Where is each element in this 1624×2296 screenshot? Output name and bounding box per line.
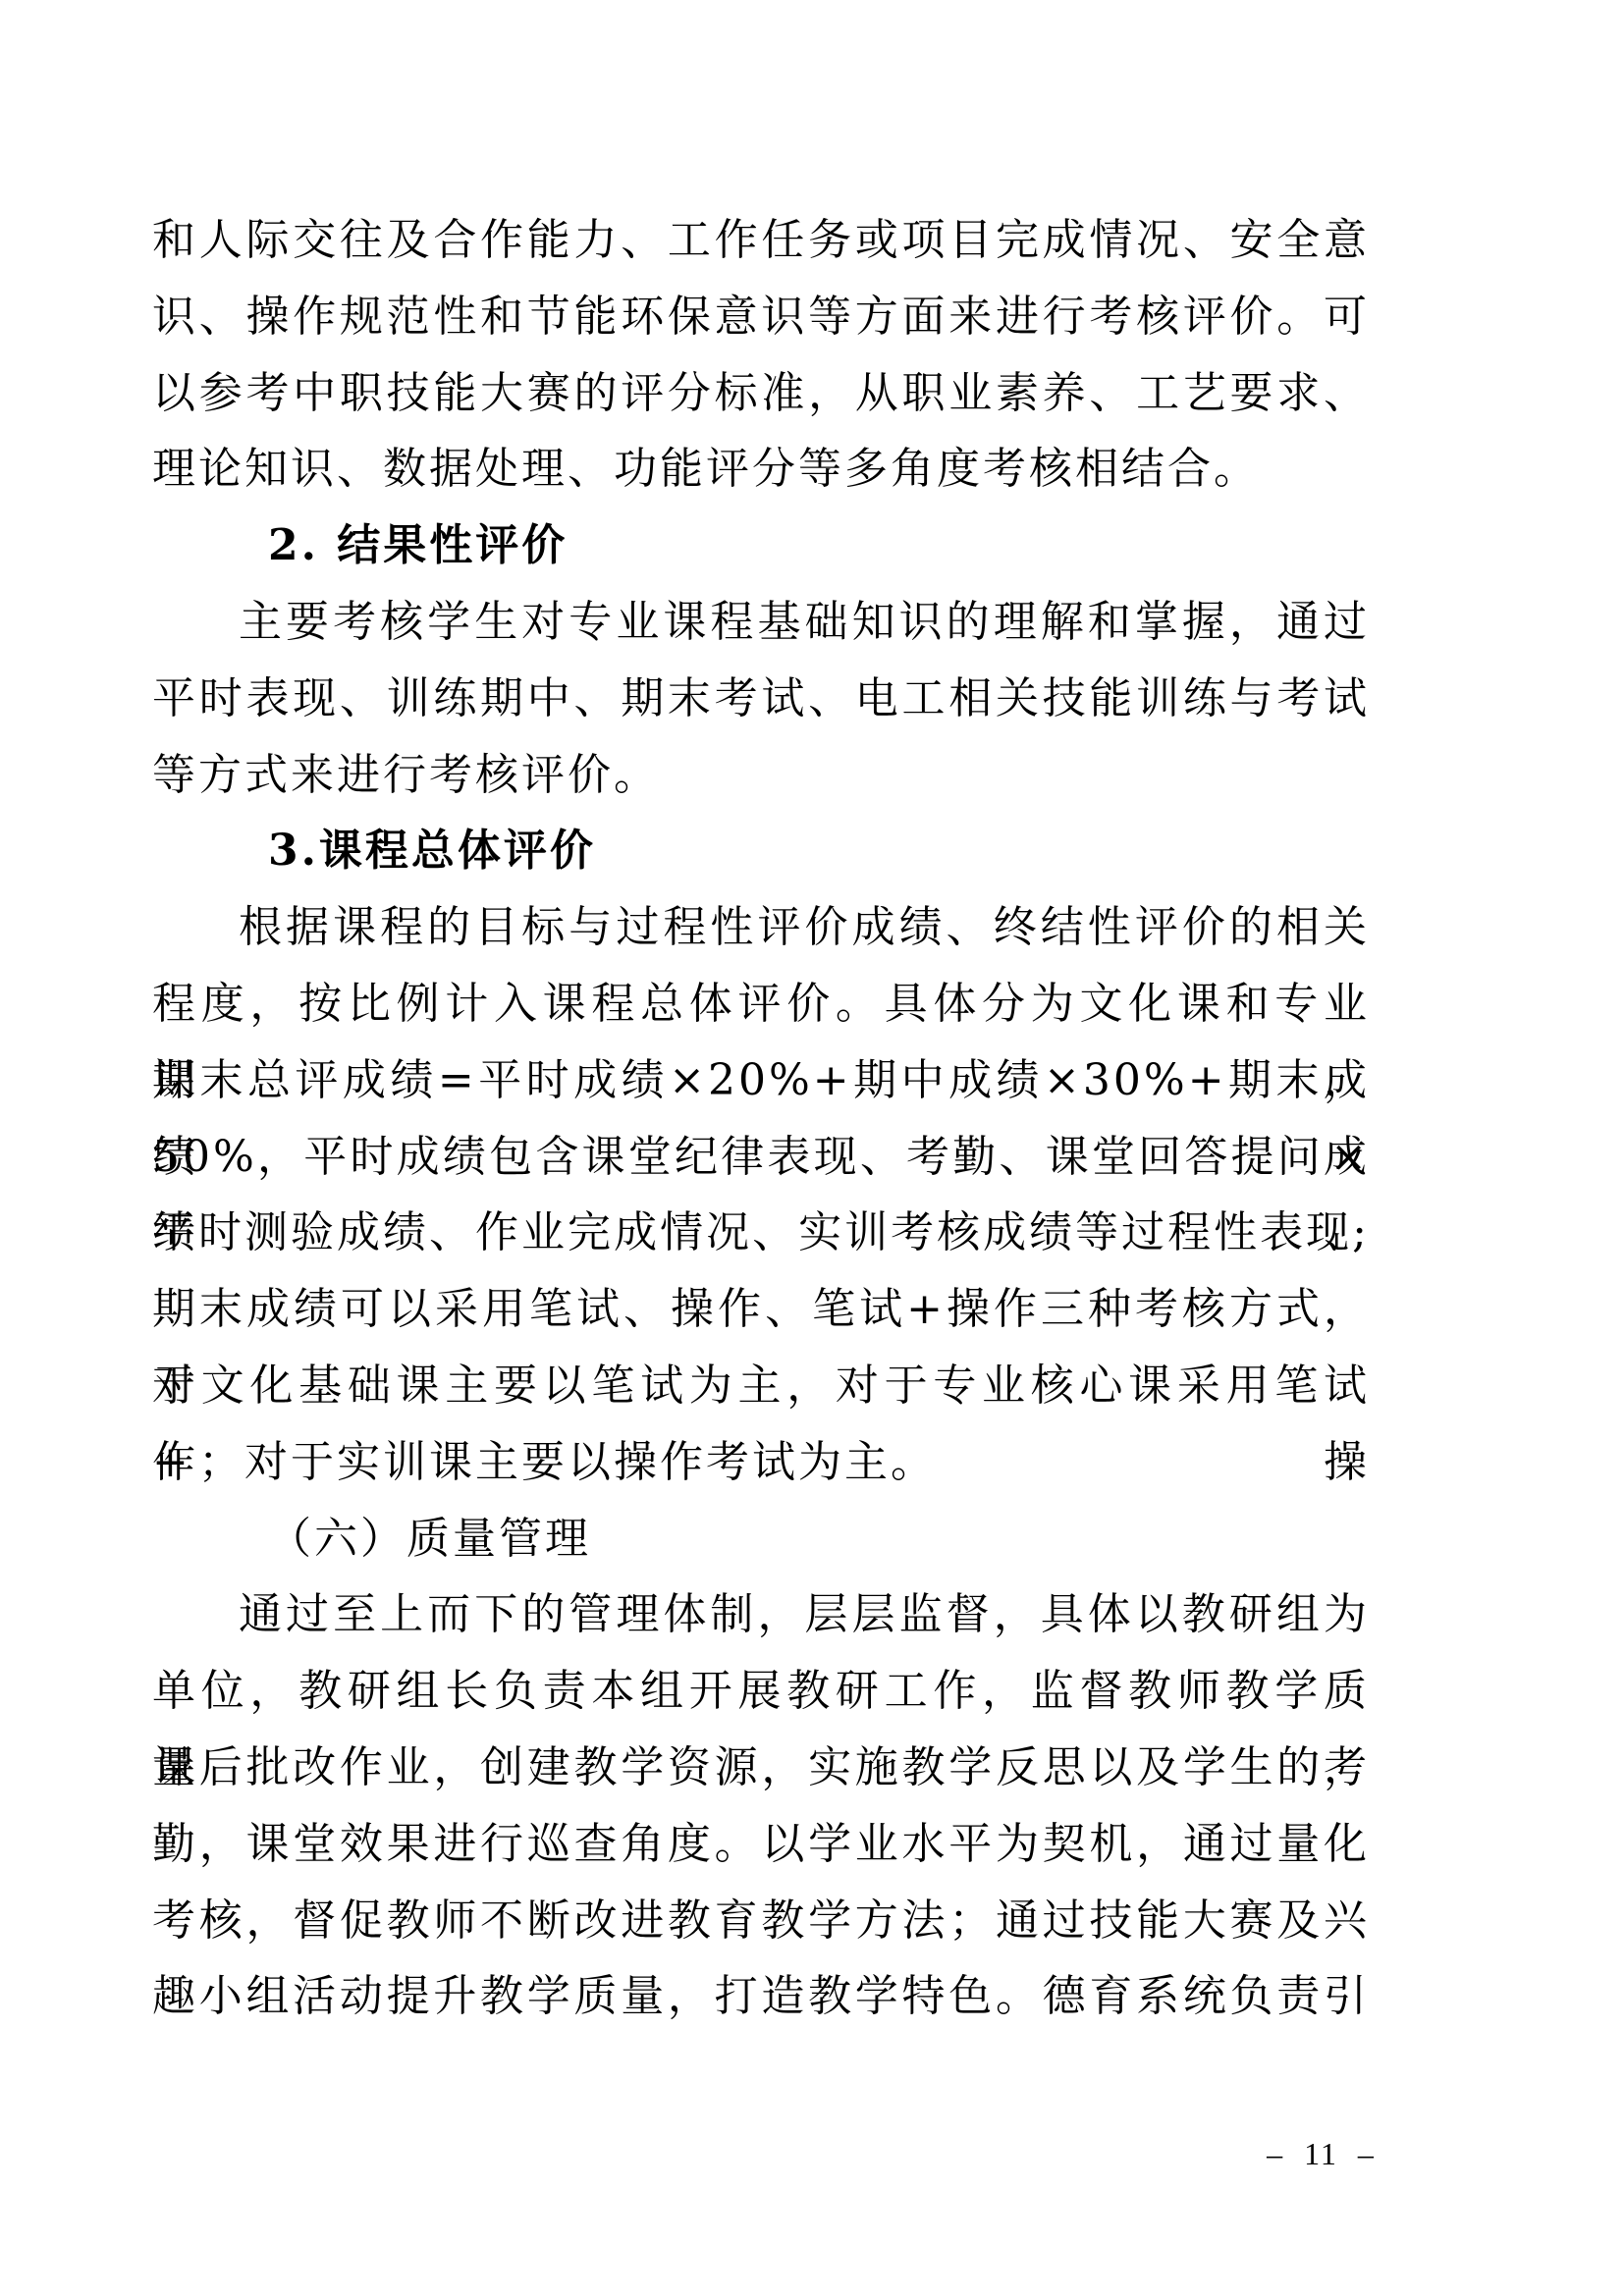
document-page: 和人际交往及合作能力、工作任务或项目完成情况、安全意识、操作规范性和节能环保意识…: [0, 0, 1624, 2296]
text-line: 考核，督促教师不断改进教育教学方法；通过技能大赛及兴: [152, 1883, 1370, 1959]
text-line: 50%，平时成绩包含课堂纪律表现、考勤、课堂回答提问成绩、: [152, 1119, 1370, 1196]
text-line: 以参考中职技能大赛的评分标准，从职业素养、工艺要求、: [152, 355, 1370, 432]
text-line: 于文化基础课主要以笔试为主，对于专业核心课采用笔试+操: [152, 1348, 1370, 1424]
page-number: – 11 –: [1245, 2132, 1397, 2175]
text-line: 课后批改作业，创建教学资源，实施教学反思以及学生的考: [152, 1730, 1370, 1806]
heading-line: 2. 结果性评价: [152, 507, 1370, 584]
text-line: 识、操作规范性和节能环保意识等方面来进行考核评价。可: [152, 279, 1370, 355]
text-line: 平时表现、训练期中、期末考试、电工相关技能训练与考试: [152, 661, 1370, 737]
text-line: 根据课程的目标与过程性评价成绩、终结性评价的相关: [152, 889, 1370, 966]
text-line: 期末总评成绩=平时成绩×20%+期中成绩×30%+期末成绩×: [152, 1042, 1370, 1119]
text-line: 程度，按比例计入课程总体评价。具体分为文化课和专业课，: [152, 966, 1370, 1042]
text-line: 理论知识、数据处理、功能评分等多角度考核相结合。: [152, 431, 1370, 507]
text-block: 和人际交往及合作能力、工作任务或项目完成情况、安全意识、操作规范性和节能环保意识…: [152, 202, 1370, 2035]
text-line: 勤，课堂效果进行巡查角度。以学业水平为契机，通过量化: [152, 1806, 1370, 1883]
text-line: 趣小组活动提升教学质量，打造教学特色。德育系统负责引: [152, 1958, 1370, 2035]
text-line: 和人际交往及合作能力、工作任务或项目完成情况、安全意: [152, 202, 1370, 279]
text-line: 通过至上而下的管理体制，层层监督，具体以教研组为: [152, 1576, 1370, 1653]
text-line: 主要考核学生对专业课程基础知识的理解和掌握，通过: [152, 584, 1370, 661]
heading-line: 3.课程总体评价: [152, 813, 1370, 889]
text-line: 平时测验成绩、作业完成情况、实训考核成绩等过程性表现;: [152, 1195, 1370, 1271]
text-line: 期末成绩可以采用笔试、操作、笔试+操作三种考核方式，对: [152, 1271, 1370, 1348]
text-line: 单位，教研组长负责本组开展教研工作，监督教师教学质量，: [152, 1653, 1370, 1730]
heading-line: （六）质量管理: [152, 1501, 1370, 1577]
text-line: 等方式来进行考核评价。: [152, 737, 1370, 814]
